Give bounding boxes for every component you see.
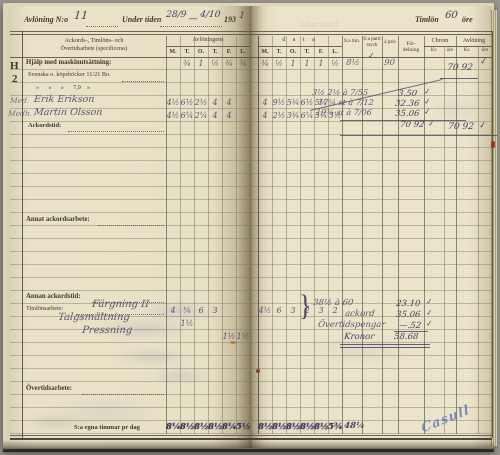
dotted-leader [122,80,164,82]
hours-cell [166,330,180,343]
handwritten-double-underline [340,344,430,345]
hours-cell: 4 [258,96,272,109]
dotted-leader [86,25,118,27]
tim4-value-handwritten: 58.68 [394,333,419,342]
kr-ore-split-line [478,46,479,434]
calc2-label-handwritten: 17¼ st à 7/12 [318,99,375,107]
tim2-value-handwritten: 35.06 [396,311,421,320]
total-hours-cell: 8½ [314,421,328,434]
hjalp-sub2-label: » » » 7,9 » [36,85,90,92]
tim3-value-handwritten: —.52 [399,322,422,331]
checkmark: ✓ [425,297,433,307]
chrom-ore-header: öre [444,48,456,54]
hours-cell: 3 [286,304,300,317]
header-divider [424,46,492,47]
hours-cell: 4 [208,96,222,109]
header-bottom-rule [10,57,492,58]
avloning-label: Avlöning N:o [24,16,68,25]
left-total-hours-row: 8¼ 8½ 8½ 8½ 8¼ 5½ [166,421,250,434]
hours-cell [236,96,250,109]
timlon-item1-handwritten: Färgning II [91,300,149,311]
sa-parti-header: S:a parti styck [362,37,382,48]
hours-cell: 4 [222,96,236,109]
left-hours-row-timlon3: 1½ 1½ [166,330,250,343]
tim1-value-handwritten: 23.10 [396,300,421,309]
worker1-prefix-handwritten: Med. [10,97,30,105]
total-hours-cell: 8½ [286,421,300,434]
hours-cell [166,317,180,330]
hjalp-sa-tim-handwritten: 8½ [346,59,361,68]
avloning-ore-header: öre [478,48,492,54]
total-hours-cell: 8¼ [166,421,180,434]
hours-cell: ¾ [236,57,250,70]
hours-cell [236,317,250,330]
checkmark: ✓ [427,119,435,129]
avloning-kr-header: Kr. [456,48,478,54]
hours-cell [166,57,180,70]
grouping-brace: } [299,291,311,321]
calc-total-avloning-handwritten: 70 92 [448,123,475,132]
year-printed: 193 [224,16,236,25]
hours-cell: ½ [328,57,342,70]
total-hours-cell: 8½ [300,421,314,434]
hours-cell: ½ [272,57,286,70]
margin-tab-letter: H [10,60,19,72]
timlon-label: Timlön [415,16,439,25]
dotted-leader [82,393,164,395]
calc1-label-handwritten: 3½ 2½ à 7/55 [312,89,369,97]
column-line [456,36,457,434]
hours-cell: ¾ [222,57,236,70]
margin-tab-number: 2 [12,73,18,85]
tim2-label-handwritten: ackord [345,310,376,319]
hours-cell: 1½ [222,330,236,343]
hours-cell: 4½ [166,109,180,122]
checkmark: ✓ [423,107,431,117]
hours-cell: 4 [222,109,236,122]
handwritten-double-underline [340,347,430,348]
hours-cell: 4½ [166,96,180,109]
hours-cell: 9½ [272,96,286,109]
kr-ore-split-line [444,46,445,434]
hours-cell: 1 [300,57,314,70]
date-dash: — [189,15,197,24]
hours-cell: 3¾ [286,109,300,122]
hours-cell: 6¼ [300,109,314,122]
hours-cell: 6 [272,304,286,317]
hours-cell: 6¼ [180,109,194,122]
worker1-name-handwritten: Erik Erikson [33,95,94,105]
hours-cell: 4½ [258,304,272,317]
right-table-border [492,31,493,438]
table-bottom-heavy-rule [10,438,492,440]
total-hours-cell: 8½ [272,421,286,434]
hours-cell [236,304,250,317]
right-hours-row-hjalp: ¾ ½ 1 1 1 ½ [258,57,342,70]
year-digit-handwritten: 1 [239,12,246,21]
left-hours-row-worker2: 4½ 6¼ 2¼ 4 4 [166,109,250,122]
hours-cell: 2¼ [194,109,208,122]
left-column-header-line1: Ackords-, Timlöns- och [22,38,166,45]
total-sa-tim-handwritten: 48¼ [344,422,366,431]
title-rule-bottom [10,34,492,35]
hours-cell: 6½ [180,96,194,109]
hours-cell: 4 [208,109,222,122]
avloning-col-header: Avlöning [456,38,492,45]
tim3-label-handwritten: Övertidspengar [318,321,386,330]
total-hours-cell: 8½ [180,421,194,434]
hjalp-a-pris-handwritten: 90 [384,59,396,68]
checkmark: ✓ [367,51,375,61]
hours-cell: 1½ [236,330,250,343]
hours-cell: 1½ [180,317,194,330]
hours-cell: 2½ [194,96,208,109]
hours-cell: ¾ [258,57,272,70]
checkmark: ✓ [478,121,487,132]
hours-cell: 2½ [272,109,286,122]
calc3-label-handwritten: 19¾ st à 7/06 [316,109,373,117]
timlon-item2-handwritten: Talgsmältning [57,313,130,324]
ackordstid-label: Ackordstid: [28,122,61,129]
checkmark: ✓ [425,319,433,329]
under-tiden-label: Under tiden [122,16,161,25]
annat-ackordsarbete-label: Annat ackordsarbete: [26,216,90,223]
hours-cell: 4 [166,304,180,317]
left-hours-row-hjalp: ¾ 1 ½ ¾ ¾ [166,57,250,70]
dotted-leader [68,130,164,132]
avloning-number-handwritten: 11 [73,10,88,22]
fordelning-header: För- delning [398,41,424,53]
handwritten-sum-line [340,135,497,136]
total-hours-cell: 8½ [194,421,208,434]
annan-ackordstid-label: Annan ackordstid: [26,293,81,300]
table-bottom-rule [10,435,492,436]
hours-cell: 3 [208,304,222,317]
hjalp-sub-label: Svenska o. köpsböcker 11/21 Bo. [28,72,111,79]
hours-cell: ¾ [180,57,194,70]
left-hours-row-timlon2: 1½ [166,317,250,330]
total-hours-cell: 8½ [208,421,222,434]
hjalp-avloning-handwritten: 70 92 [447,64,474,73]
hours-cell: 4 [258,109,272,122]
calc3-value-handwritten: 35.06 [395,110,420,119]
total-hours-cell: 8½ [258,421,272,434]
date-from-handwritten: 28/9 [166,11,187,20]
worker2-prefix-handwritten: Medh. [8,110,33,118]
hours-cell [194,330,208,343]
sa-egna-timmar-label: S:a egna timmar pr dag [74,424,140,431]
overtidsarbete-label: Övertidsarbete: [26,385,72,392]
calc2-value-handwritten: 32.36 [395,100,420,109]
hours-cell: 1 [194,57,208,70]
calc-total-fordelning-handwritten: 70 92 [400,121,425,130]
hours-cell: 5¾ [286,96,300,109]
hours-cell [236,109,250,122]
date-to-handwritten: 4/10 [200,11,221,20]
hours-cell [208,317,222,330]
checkmark: ✓ [425,308,433,318]
chrom-header: Chrom [424,38,456,45]
left-hours-row-worker1: 4½ 6½ 2½ 4 4 [166,96,250,109]
hours-cell: 1 [286,57,300,70]
sa-tim-header: S:a tim. [342,39,362,45]
left-hours-row-timlon1: 4 ¼ 6 3 [166,304,250,317]
ore-label: öre [462,16,473,25]
dotted-leader [160,25,222,27]
checkmark: ✓ [479,57,488,68]
right-total-hours-row: 8½ 8½ 8½ 8½ 8½ 5¾ [258,421,342,434]
hours-cell [180,330,194,343]
total-hours-cell: 8¼ [222,421,236,434]
title-rule-top [10,31,492,32]
a-pris-header: à pris [382,40,398,46]
hours-cell: ¼ [180,304,194,317]
hours-cell: ½ [208,57,222,70]
handwritten-underline [440,78,478,79]
total-hours-cell: 5¾ [328,421,342,434]
timlon-value-handwritten: 60 [444,11,458,22]
hjalp-label: Hjälp med maskinutsättning: [26,59,111,66]
chrom-kr-header: Kr. [424,48,444,54]
bleed-through-text: Under tiden [300,20,338,29]
checkmark: ✓ [423,87,431,97]
dotted-leader [98,224,164,226]
hours-cell: 6½ [300,96,314,109]
hours-cell [194,317,208,330]
tim1-label-handwritten: 38½ à 60 [313,299,354,308]
column-line [382,36,383,434]
worker2-name-handwritten: Martin Olsson [33,108,102,118]
total-hours-cell: 5½ [236,421,250,434]
calc1-value-handwritten: 3.50 [398,90,418,99]
left-table-border [22,31,23,438]
hours-cell [208,330,222,343]
hours-cell [222,304,236,317]
left-column-header-line2: Övertidsarbete (specificeras) [22,46,166,52]
checkmark: ✓ [423,97,431,107]
tim4-label-handwritten: Kronor [344,333,375,342]
timlon-item3-handwritten: Pressning [81,326,132,337]
hours-cell: 6 [194,304,208,317]
hours-cell [222,317,236,330]
hours-cell: 1 [314,57,328,70]
